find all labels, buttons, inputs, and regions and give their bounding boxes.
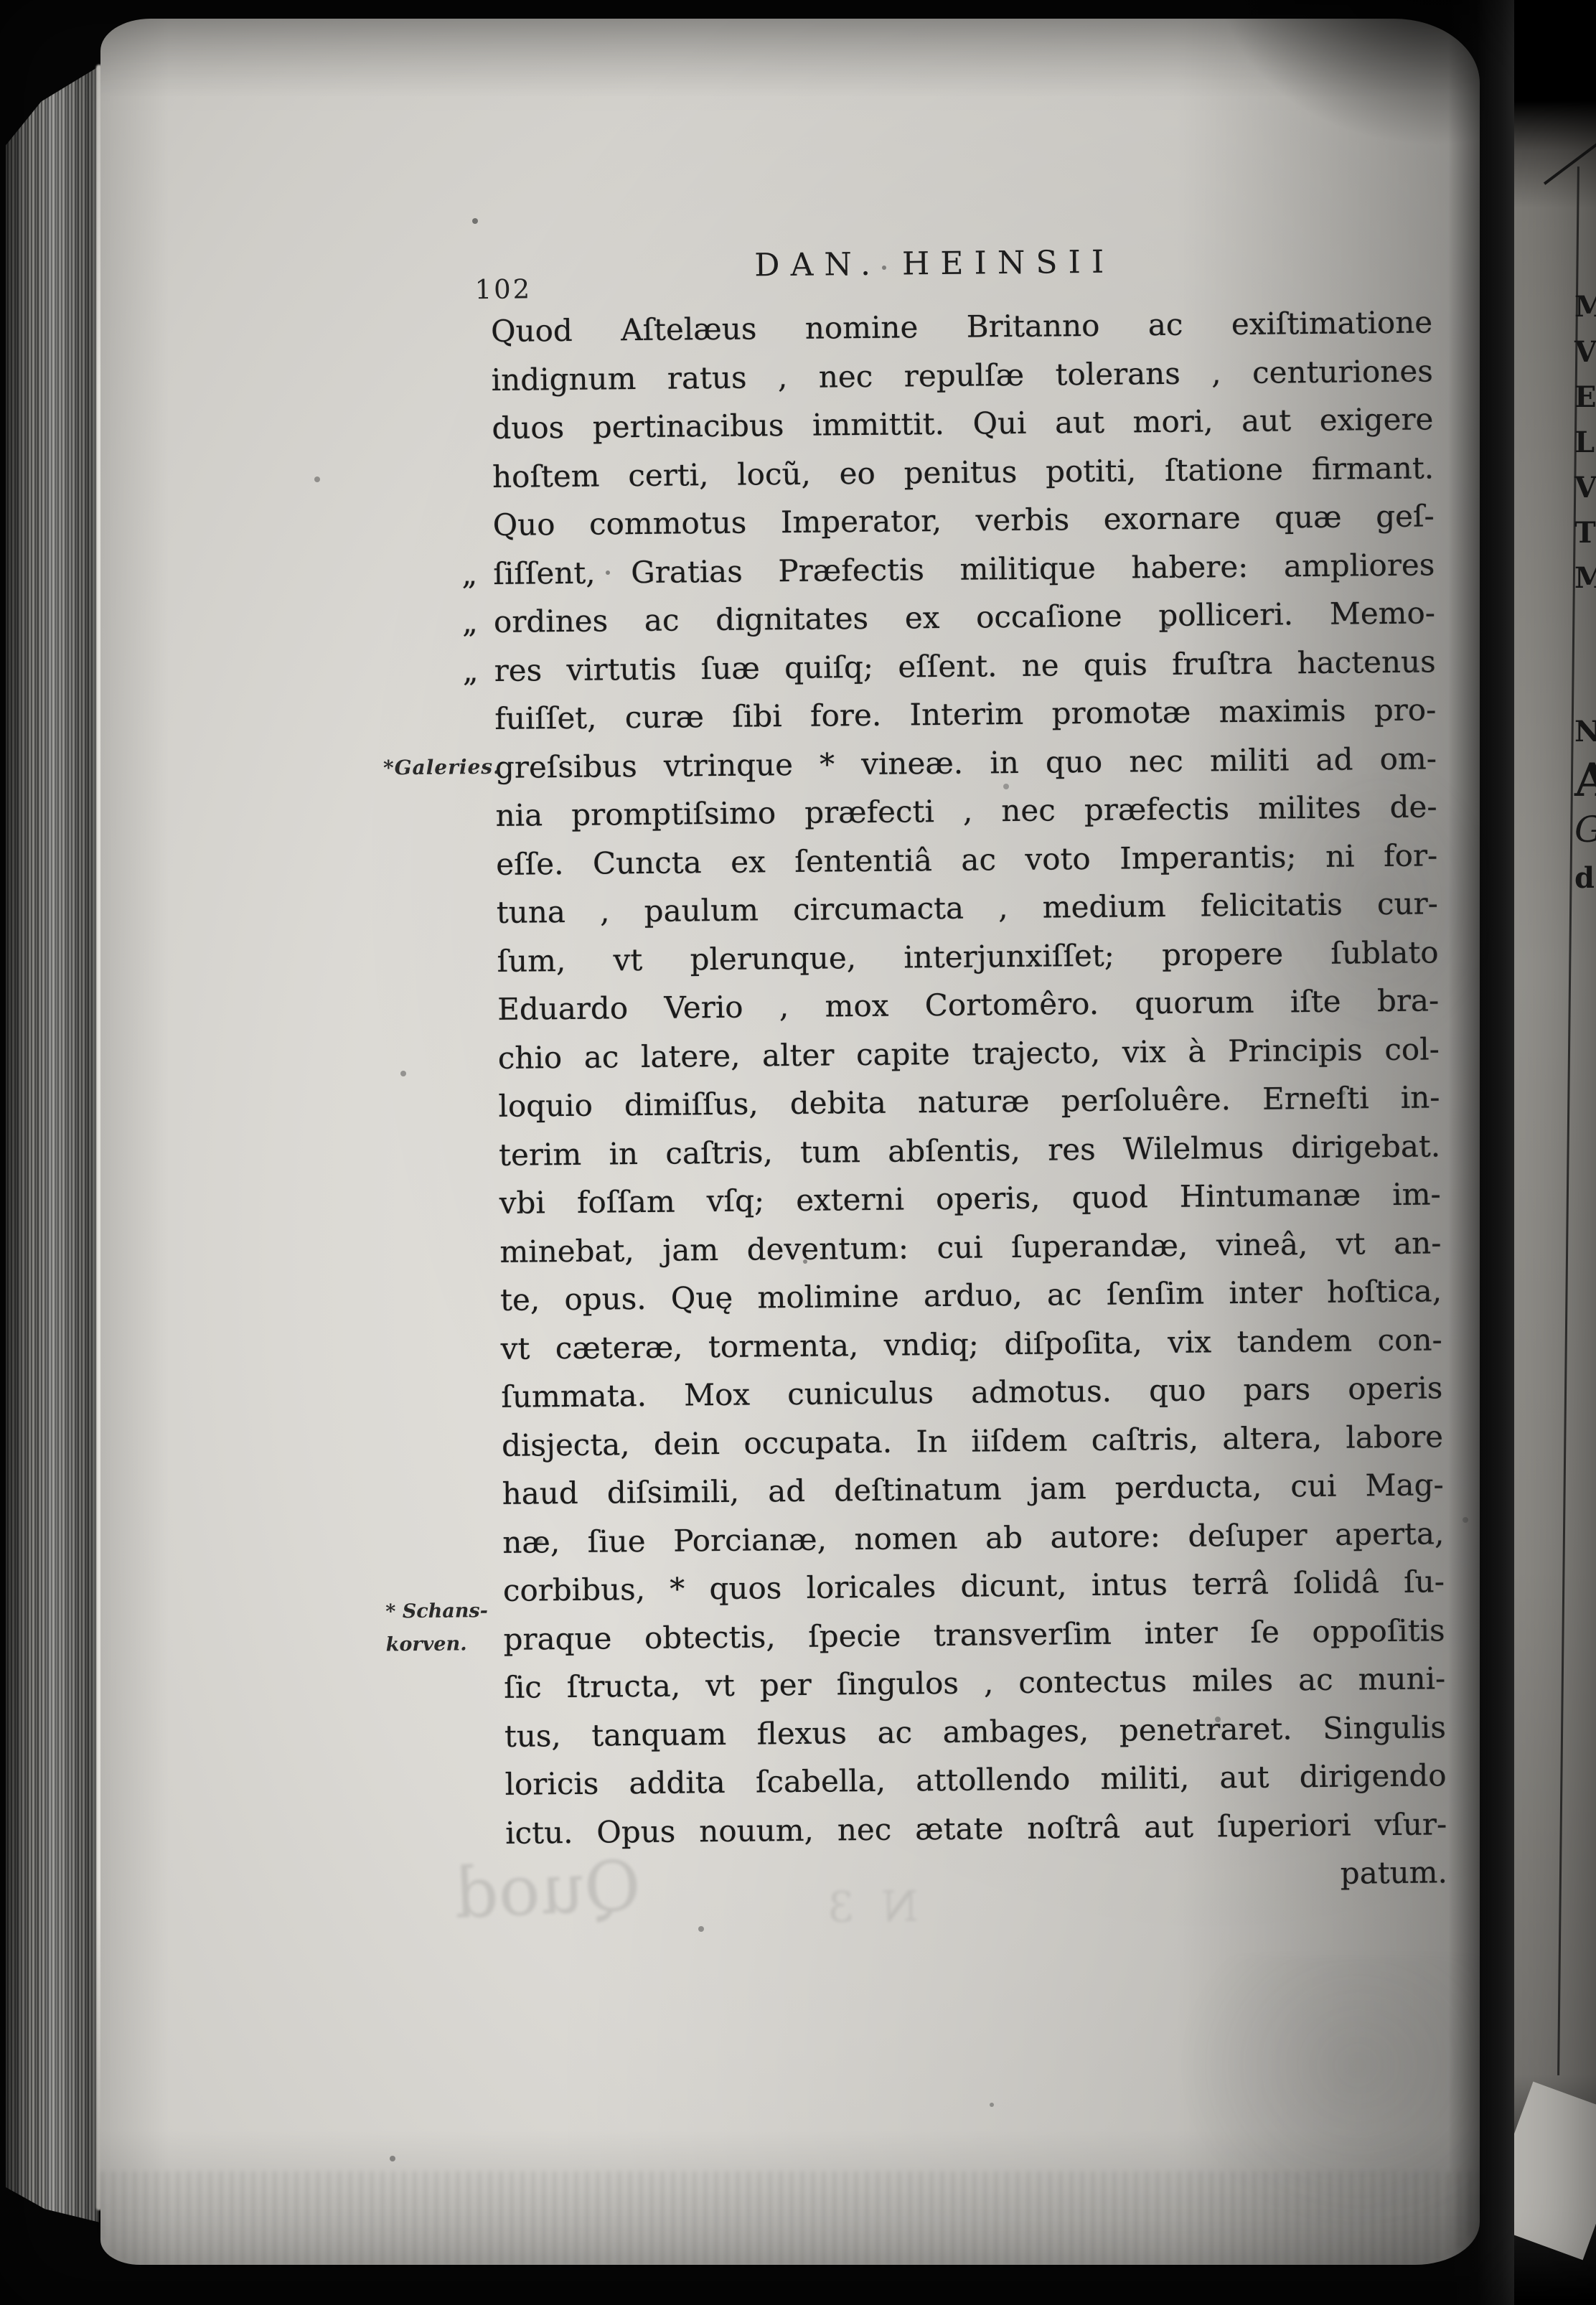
line-text: greſsibus vtrinque * vineæ. in quo nec m… — [495, 741, 1437, 785]
line-text: ſic ſtructa, vt per ſingulos , contectus… — [504, 1661, 1445, 1705]
text-line: „res virtutis ſuæ quiſq; eſſent. ne quis… — [494, 637, 1436, 695]
quote-mark: „ — [461, 550, 477, 598]
facing-letters-bottom: N A G d — [1574, 708, 1596, 903]
line-text: haud diſsimili, ad deſtinatum jam perduc… — [502, 1467, 1443, 1511]
page-content: 102 DAN. HEINSII Quod Aſtelæus nomine Br… — [92, 12, 1493, 2271]
text-line: indignum ratus , nec repulſæ tolerans , … — [491, 347, 1433, 404]
text-line: vt cæteræ, tormenta, vndiq; diſpoſita, v… — [500, 1315, 1442, 1373]
text-line: Eduardo Verio , mox Cortomêro. quorum iſ… — [497, 976, 1440, 1033]
quote-mark: „ — [462, 647, 478, 695]
line-text: ſum, vt plerunque, interjunxiſſet; prope… — [497, 934, 1438, 979]
line-text: vt cæteræ, tormenta, vndiq; diſpoſita, v… — [501, 1322, 1442, 1366]
bottom-scan-blur — [100, 2172, 1480, 2265]
line-text: loquio dimiſſus, debita naturæ perſoluêr… — [498, 1079, 1440, 1124]
line-text: ſiſſent, Gratias Præfectis militique hab… — [493, 547, 1435, 591]
facing-letter: M — [1574, 555, 1596, 601]
line-text: loricis addita ſcabella, attollendo mili… — [504, 1757, 1446, 1802]
line-text: terim in caſtris, tum abſentis, res Wile… — [499, 1128, 1440, 1173]
text-line: terim in caſtris, tum abſentis, res Wile… — [499, 1122, 1441, 1179]
line-text: corbibus, * quos loricales dicunt, intus… — [503, 1564, 1445, 1608]
line-text: næ, ſiue Porcianæ, nomen ab autore: deſu… — [502, 1516, 1444, 1560]
running-header: DAN. HEINSII — [754, 244, 1114, 284]
line-text: fuiſſet, curæ ſibi fore. Interim promotæ… — [494, 692, 1436, 736]
body-text: Quod Aſtelæus nomine Britanno ac exiſtim… — [491, 298, 1447, 1856]
facing-bottom-corner — [1514, 2082, 1596, 2261]
text-line: næ, ſiue Porcianæ, nomen ab autore: deſu… — [502, 1509, 1445, 1567]
line-text: eſſe. Cuncta ex ſententiâ ac voto Impera… — [496, 837, 1437, 882]
quote-mark: „ — [462, 598, 478, 647]
dust-specks — [100, 19, 103, 22]
line-text: res virtutis ſuæ quiſq; eſſent. ne quis … — [494, 644, 1435, 688]
facing-letter: N — [1574, 708, 1596, 756]
text-line: loricis addita ſcabella, attollendo mili… — [504, 1751, 1447, 1808]
line-text: Quod Aſtelæus nomine Britanno ac exiſtim… — [491, 304, 1432, 349]
facing-letter: V — [1574, 465, 1596, 510]
facing-letter: M — [1574, 284, 1596, 329]
facing-page: M V E L V T M N A G d — [1514, 0, 1596, 2305]
gutter-shadow — [1448, 0, 1523, 2305]
facing-letter: G — [1574, 805, 1596, 854]
line-text: te, opus. Quę molimine arduo, ac ſenſim … — [500, 1273, 1442, 1318]
margin-note-line: * Schans- — [385, 1595, 493, 1628]
text-line: fuiſſet, curæ ſibi fore. Interim promotæ… — [494, 685, 1437, 743]
text-line: hoſtem certi, locũ, eo penitus potiti, ſ… — [492, 443, 1435, 501]
facing-letter: A — [1574, 756, 1596, 805]
text-line: ſic ſtructa, vt per ſingulos , contectus… — [504, 1654, 1446, 1712]
line-text: Eduardo Verio , mox Cortomêro. quorum iſ… — [497, 982, 1439, 1027]
line-text: tuna , paulum circumacta , medium felici… — [497, 886, 1438, 930]
text-line: tus, tanquam flexus ac ambages, penetrar… — [504, 1703, 1447, 1760]
line-text: Quo commotus Imperator, verbis exornare … — [492, 498, 1434, 543]
line-text: ſummata. Mox cuniculus admotus. quo pars… — [501, 1370, 1442, 1414]
text-line: nia promptiſsimo præfecti , nec præfecti… — [495, 782, 1437, 840]
text-line: ſummata. Mox cuniculus admotus. quo pars… — [501, 1363, 1443, 1421]
text-line: „ſiſſent, Gratias Præfectis militique ha… — [493, 540, 1435, 598]
line-text: ictu. Opus nouum, nec ætate noſtrâ aut ſ… — [505, 1806, 1447, 1851]
margin-note-galeries: *Galeries. — [383, 755, 488, 779]
text-line: te, opus. Quę molimine arduo, ac ſenſim … — [500, 1267, 1442, 1324]
text-line: disjecta, dein occupata. In iiſdem caſtr… — [502, 1412, 1444, 1470]
margin-note-line: korven. — [385, 1628, 493, 1661]
text-line: loquio dimiſſus, debita naturæ perſoluêr… — [498, 1073, 1440, 1130]
last-line: patum. — [506, 1848, 1448, 1905]
text-line: haud diſsimili, ad deſtinatum jam perduc… — [502, 1460, 1444, 1518]
line-text: tus, tanquam flexus ac ambages, penetrar… — [504, 1709, 1446, 1754]
facing-border-diagonal — [1544, 122, 1596, 184]
line-text: duos pertinacibus immittit. Qui aut mori… — [492, 401, 1433, 446]
line-text: disjecta, dein occupata. In iiſdem caſtr… — [502, 1419, 1443, 1463]
text-line: „ordines ac dignitates ex occaſione poll… — [494, 588, 1436, 646]
text-line: greſsibus vtrinque * vineæ. in quo nec m… — [495, 734, 1437, 792]
line-text: hoſtem certi, locũ, eo penitus potiti, ſ… — [492, 450, 1434, 494]
line-text: praque obtectis, ſpecie transverſim inte… — [503, 1612, 1445, 1657]
text-line: tuna , paulum circumacta , medium felici… — [497, 879, 1439, 936]
text-line: chio ac latere, alter capite trajecto, v… — [498, 1025, 1440, 1082]
facing-letters-top: M V E L V T M — [1574, 284, 1596, 601]
facing-letter: L — [1574, 420, 1596, 465]
line-text: ordines ac dignitates ex occaſione polli… — [494, 595, 1435, 639]
margin-note-schanskorven: * Schans- korven. — [385, 1595, 494, 1661]
book-page: 102 DAN. HEINSII Quod Aſtelæus nomine Br… — [100, 19, 1480, 2265]
text-line: minebat, jam deventum: cui ſuperandæ, vi… — [499, 1219, 1442, 1276]
facing-letter: d — [1574, 854, 1596, 903]
text-line: duos pertinacibus immittit. Qui aut mori… — [492, 395, 1434, 452]
line-text: chio ac latere, alter capite trajecto, v… — [498, 1031, 1440, 1076]
line-text: vbi foſſam vſq; externi operis, quod Hin… — [499, 1176, 1441, 1221]
line-text: nia promptiſsimo præfecti , nec præfecti… — [495, 789, 1437, 833]
text-line: Quo commotus Imperator, verbis exornare … — [492, 492, 1435, 549]
page-number: 102 — [474, 273, 532, 305]
text-line: Quod Aſtelæus nomine Britanno ac exiſtim… — [491, 298, 1433, 355]
facing-letter: T — [1574, 510, 1596, 555]
facing-letter: V — [1574, 329, 1596, 375]
line-text: minebat, jam deventum: cui ſuperandæ, vi… — [499, 1225, 1441, 1269]
facing-letter: E — [1574, 375, 1596, 420]
line-text: indignum ratus , nec repulſæ tolerans , … — [492, 353, 1433, 398]
text-line: ſum, vt plerunque, interjunxiſſet; prope… — [497, 928, 1439, 985]
text-line: vbi foſſam vſq; externi operis, quod Hin… — [499, 1170, 1441, 1227]
text-line: eſſe. Cuncta ex ſententiâ ac voto Impera… — [496, 831, 1438, 888]
left-page-edges — [6, 44, 99, 2238]
text-line: corbibus, * quos loricales dicunt, intus… — [503, 1557, 1445, 1615]
text-line: ictu. Opus nouum, nec ætate noſtrâ aut ſ… — [505, 1800, 1447, 1857]
text-line: praque obtectis, ſpecie transverſim inte… — [503, 1606, 1445, 1663]
